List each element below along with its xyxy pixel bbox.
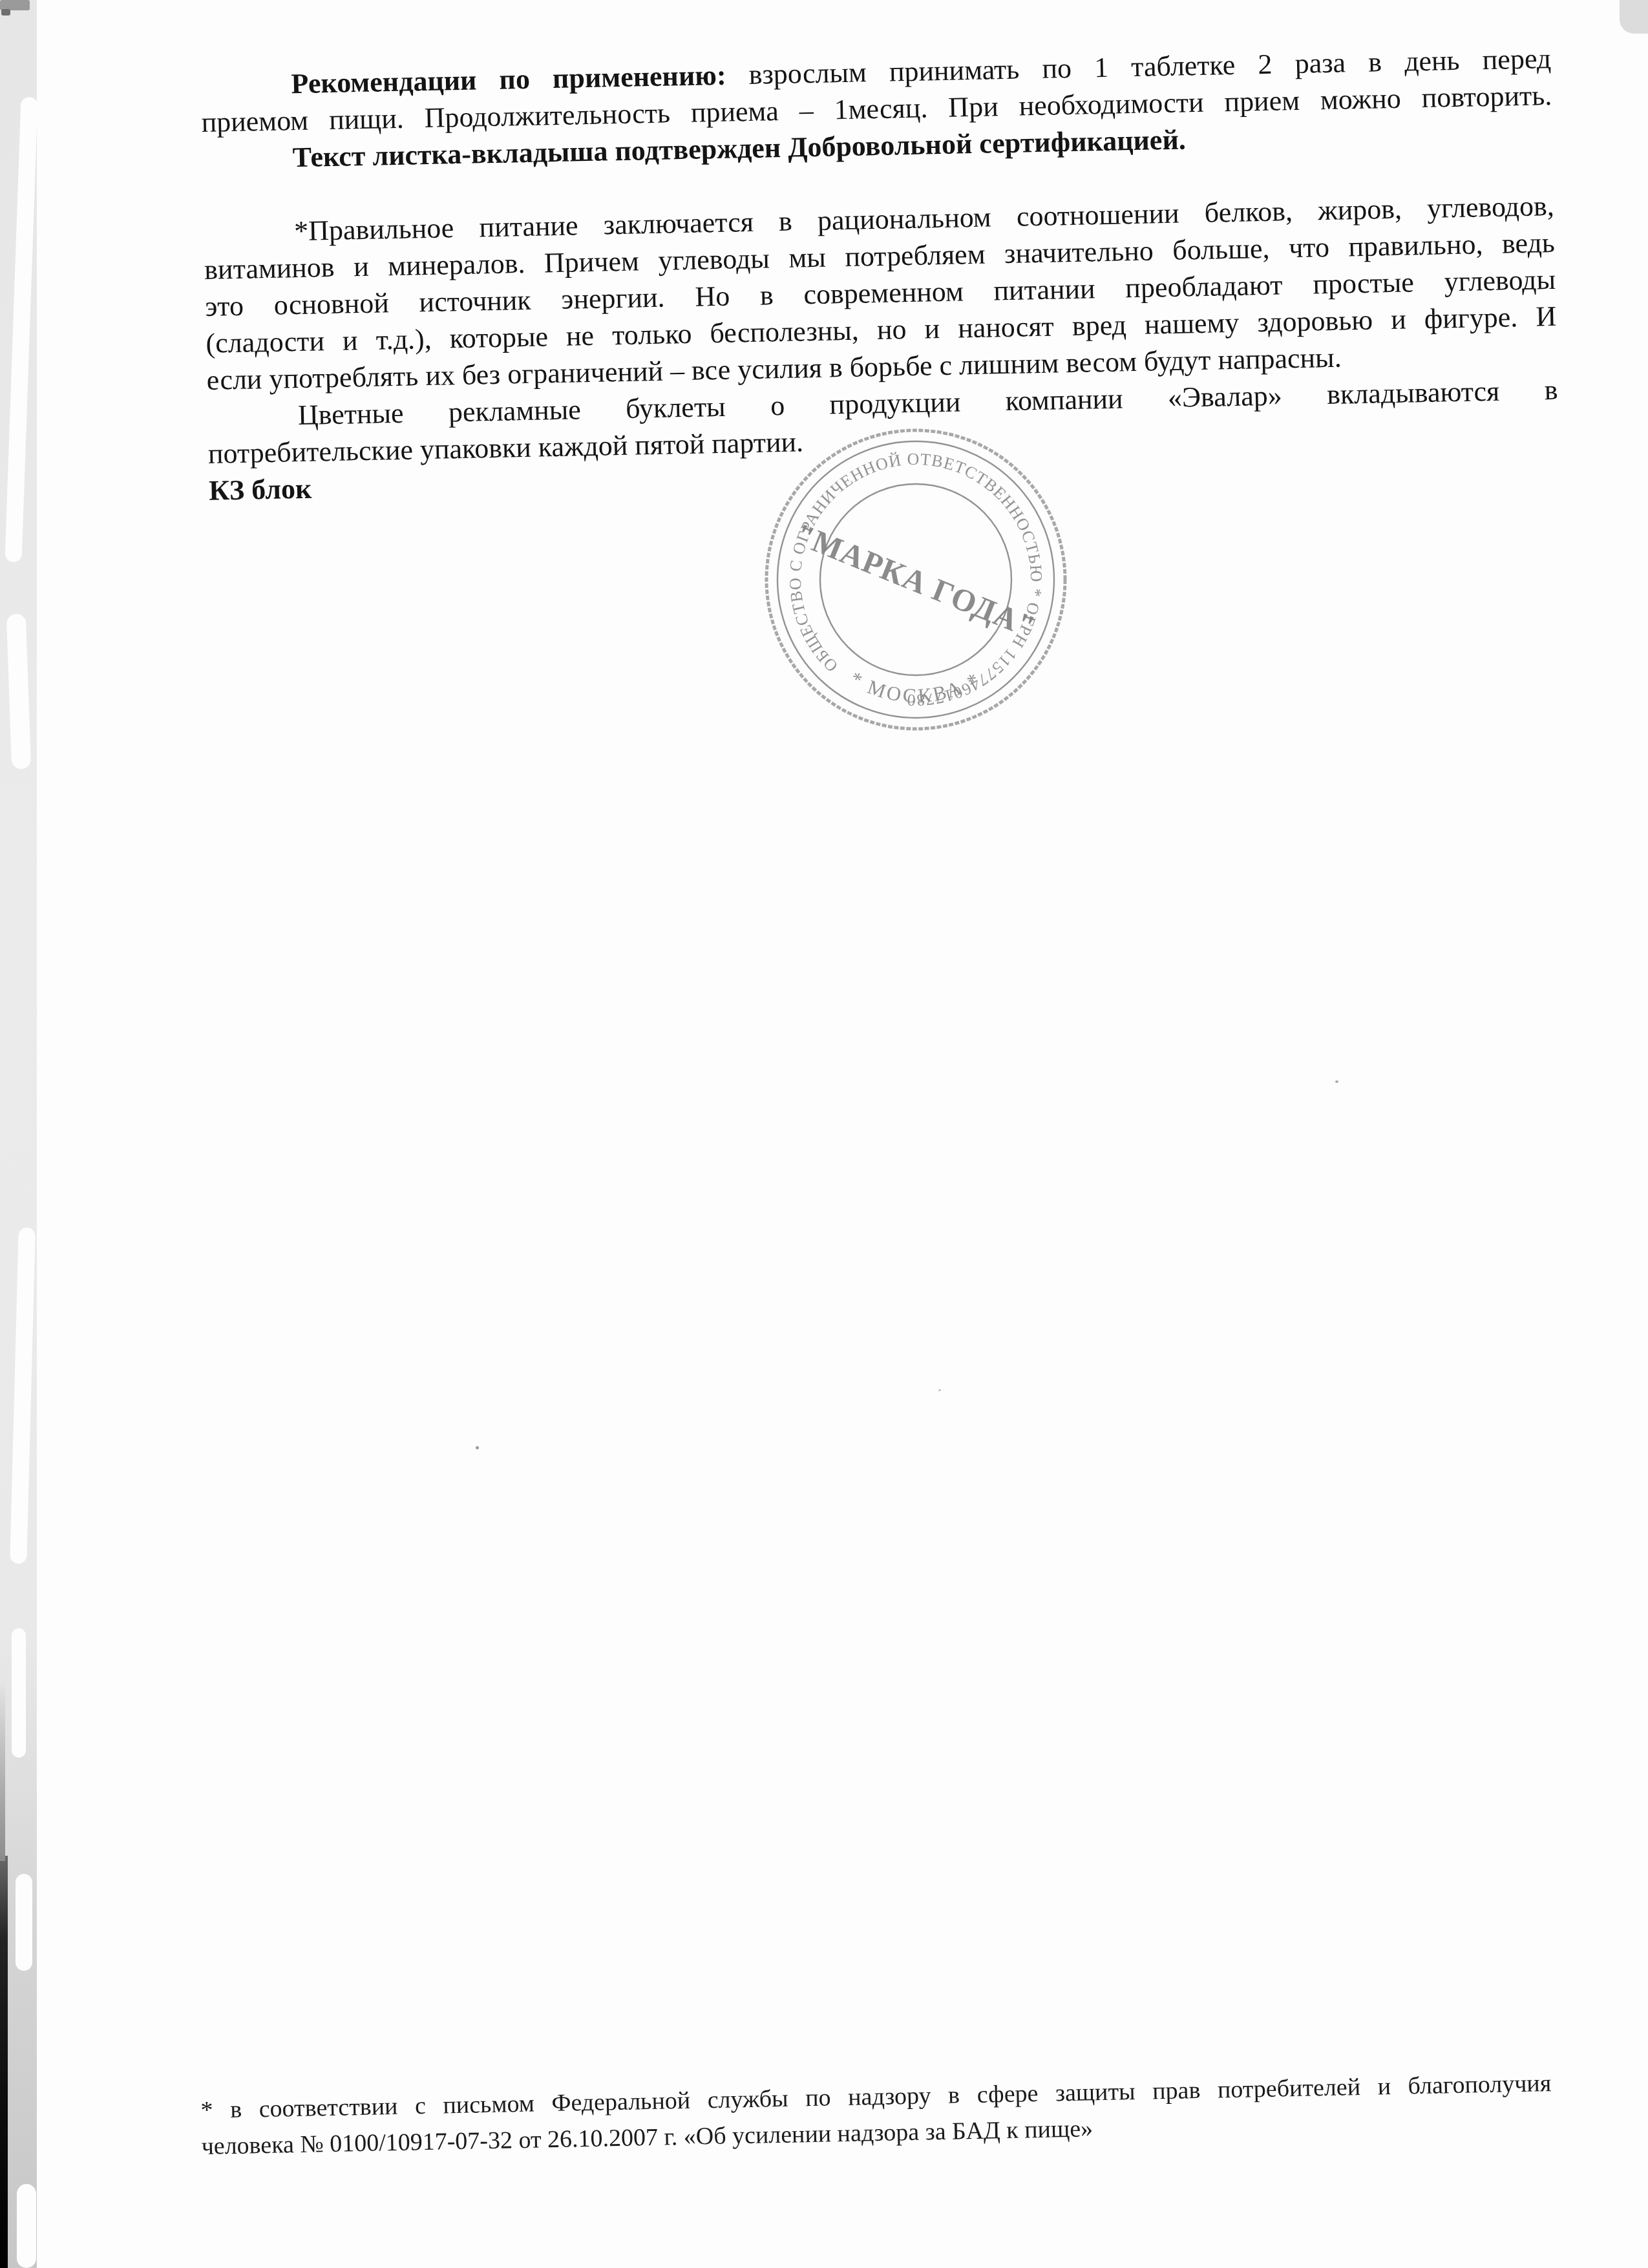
stamp-center-text: "МАРКА ГОДА" xyxy=(790,516,1041,645)
scan-dark-edge xyxy=(0,1856,8,2268)
scan-dark-edge xyxy=(0,1680,5,1861)
scan-corner-artifact xyxy=(1620,0,1648,34)
scan-artifact xyxy=(17,2184,36,2268)
scan-corner-artifact xyxy=(1,9,10,16)
stamp-city-text: * МОСКВА * xyxy=(846,667,985,707)
scanned-document-page: Рекомендации по применению: взрослым при… xyxy=(0,0,1648,2268)
scan-speck xyxy=(476,1446,479,1449)
scan-artifact xyxy=(16,1874,32,1971)
line-lead-bold: Рекомендации по применению: xyxy=(291,59,726,100)
scan-speck xyxy=(1335,1080,1338,1083)
certification-stamp: ОБЩЕСТВО С ОГРАНИЧЕННОЙ ОТВЕТСТВЕННОСТЬЮ… xyxy=(763,426,1069,733)
scan-artifact xyxy=(12,1628,26,1758)
scan-speck xyxy=(938,1389,941,1391)
footnote: * в соответствии с письмом Федеральной с… xyxy=(200,2065,1552,2165)
